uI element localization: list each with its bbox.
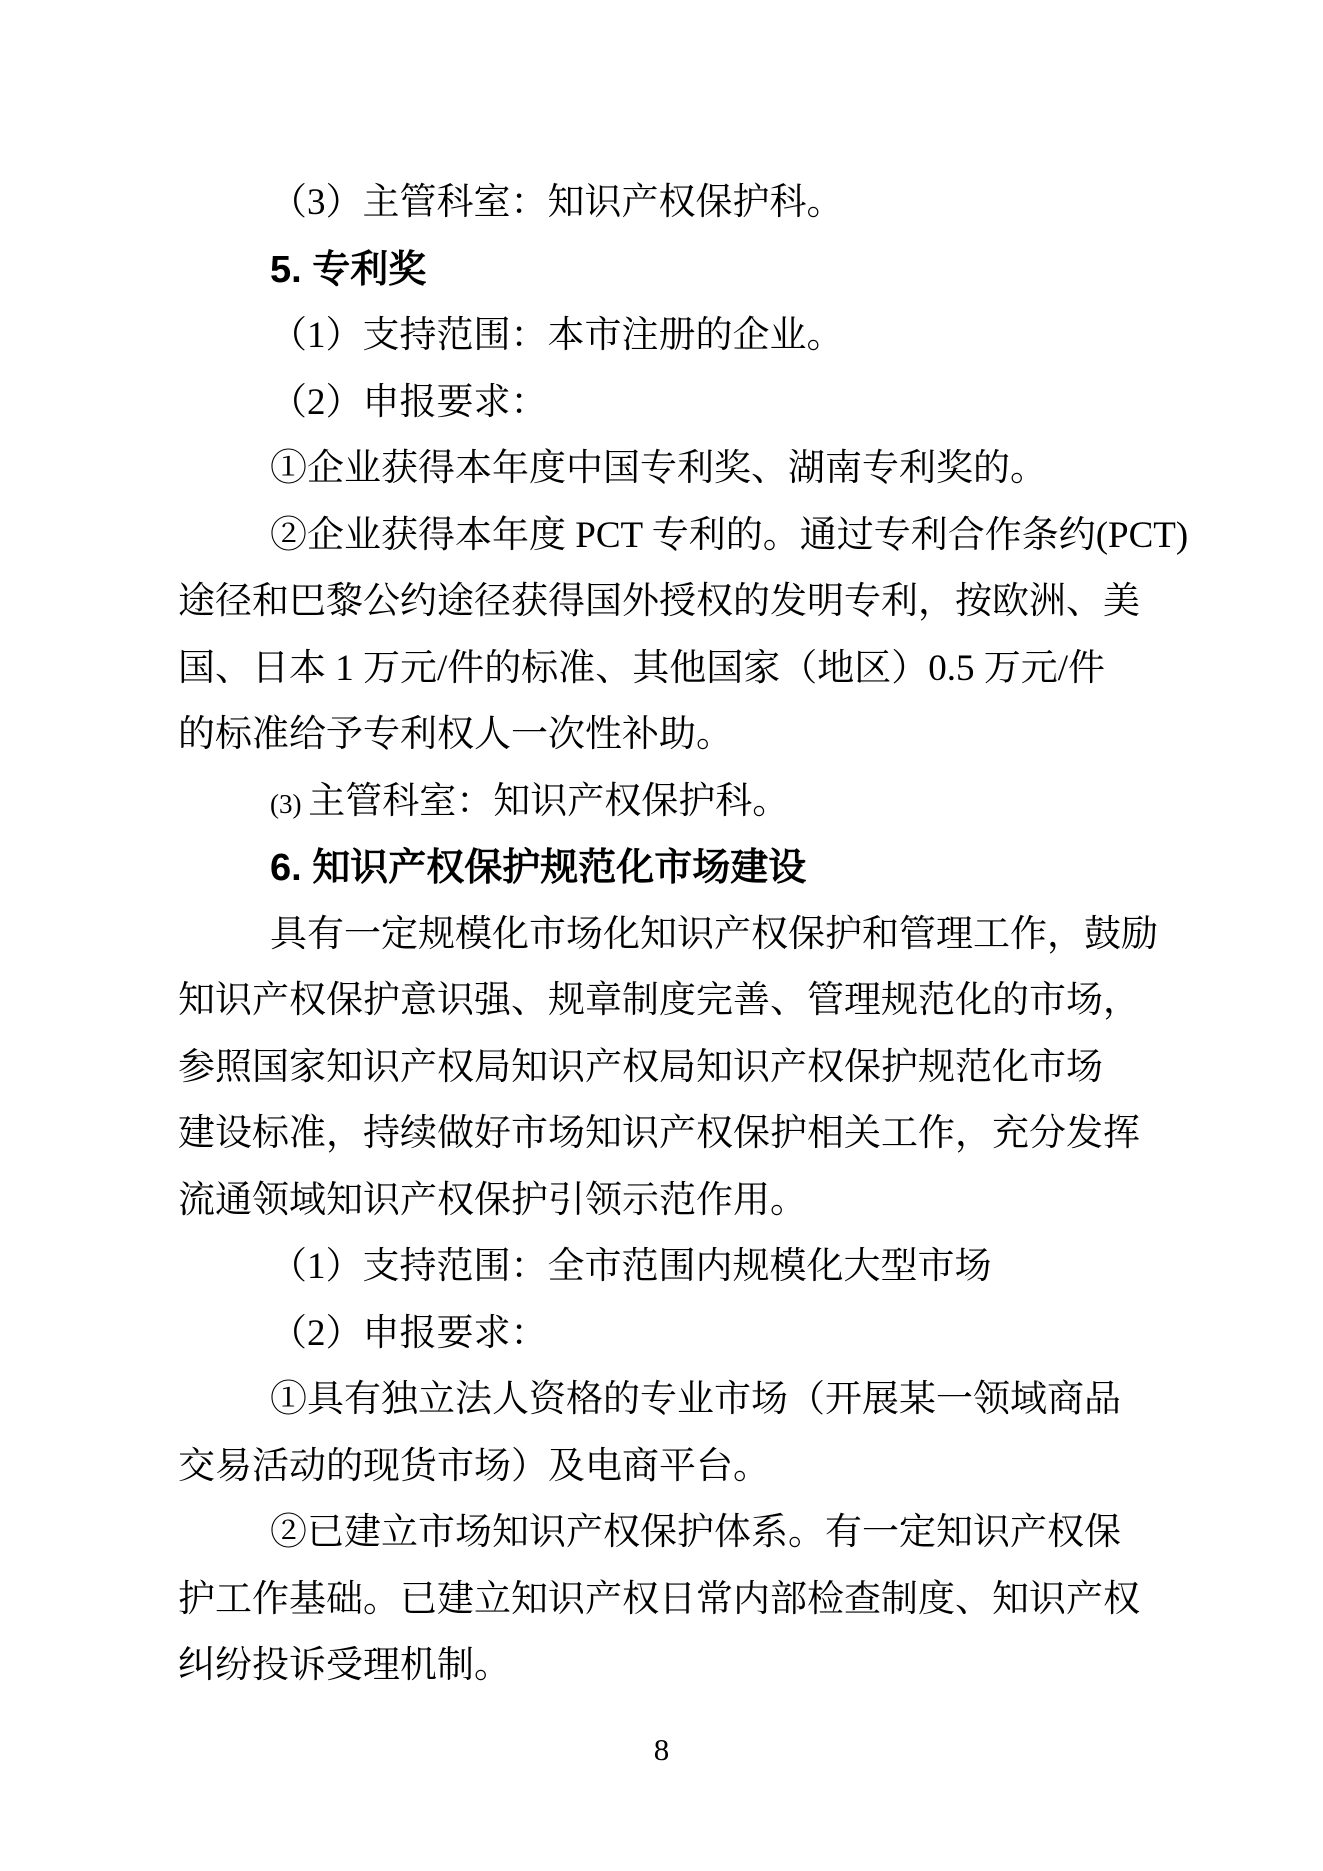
text-line: 护工作基础。已建立知识产权日常内部检查制度、知识产权 bbox=[178, 1567, 1178, 1634]
text-line: 参照国家知识产权局知识产权局知识产权保护规范化市场 bbox=[178, 1035, 1178, 1102]
text-line: （2）申报要求： bbox=[178, 370, 1178, 437]
document-body: （3）主管科室：知识产权保护科。 5. 专利奖 （1）支持范围：本市注册的企业。… bbox=[178, 170, 1178, 1700]
text-line: （3）主管科室：知识产权保护科。 bbox=[178, 170, 1178, 237]
text-line: 的标准给予专利权人一次性补助。 bbox=[178, 702, 1178, 769]
text-line: 途径和巴黎公约途径获得国外授权的发明专利，按欧洲、美 bbox=[178, 569, 1178, 636]
document-page: （3）主管科室：知识产权保护科。 5. 专利奖 （1）支持范围：本市注册的企业。… bbox=[0, 0, 1323, 1871]
text-line: （2）申报要求： bbox=[178, 1301, 1178, 1368]
text-line: 流通领域知识产权保护引领示范作用。 bbox=[178, 1168, 1178, 1235]
text-line-content: 主管科室：知识产权保护科。 bbox=[308, 781, 789, 822]
section-heading: 5. 专利奖 bbox=[178, 237, 1178, 304]
text-line: 纠纷投诉受理机制。 bbox=[178, 1633, 1178, 1700]
text-line: （1）支持范围：本市注册的企业。 bbox=[178, 303, 1178, 370]
text-line: 国、日本 1 万元/件的标准、其他国家（地区）0.5 万元/件 bbox=[178, 636, 1178, 703]
text-line: ①企业获得本年度中国专利奖、湖南专利奖的。 bbox=[178, 436, 1178, 503]
text-line: (3) 主管科室：知识产权保护科。 bbox=[178, 769, 1178, 836]
text-line: 建设标准，持续做好市场知识产权保护相关工作，充分发挥 bbox=[178, 1101, 1178, 1168]
text-line: 具有一定规模化市场化知识产权保护和管理工作，鼓励 bbox=[178, 902, 1178, 969]
section-heading: 6. 知识产权保护规范化市场建设 bbox=[178, 835, 1178, 902]
list-marker: (3) bbox=[270, 789, 308, 819]
text-line: 知识产权保护意识强、规章制度完善、管理规范化的市场， bbox=[178, 968, 1178, 1035]
text-line: （1）支持范围：全市范围内规模化大型市场 bbox=[178, 1234, 1178, 1301]
text-line: 交易活动的现货市场）及电商平台。 bbox=[178, 1434, 1178, 1501]
text-line: ②已建立市场知识产权保护体系。有一定知识产权保 bbox=[178, 1500, 1178, 1567]
text-line: ①具有独立法人资格的专业市场（开展某一领域商品 bbox=[178, 1367, 1178, 1434]
text-line: ②企业获得本年度 PCT 专利的。通过专利合作条约(PCT) bbox=[178, 503, 1178, 570]
page-number: 8 bbox=[0, 1726, 1323, 1774]
